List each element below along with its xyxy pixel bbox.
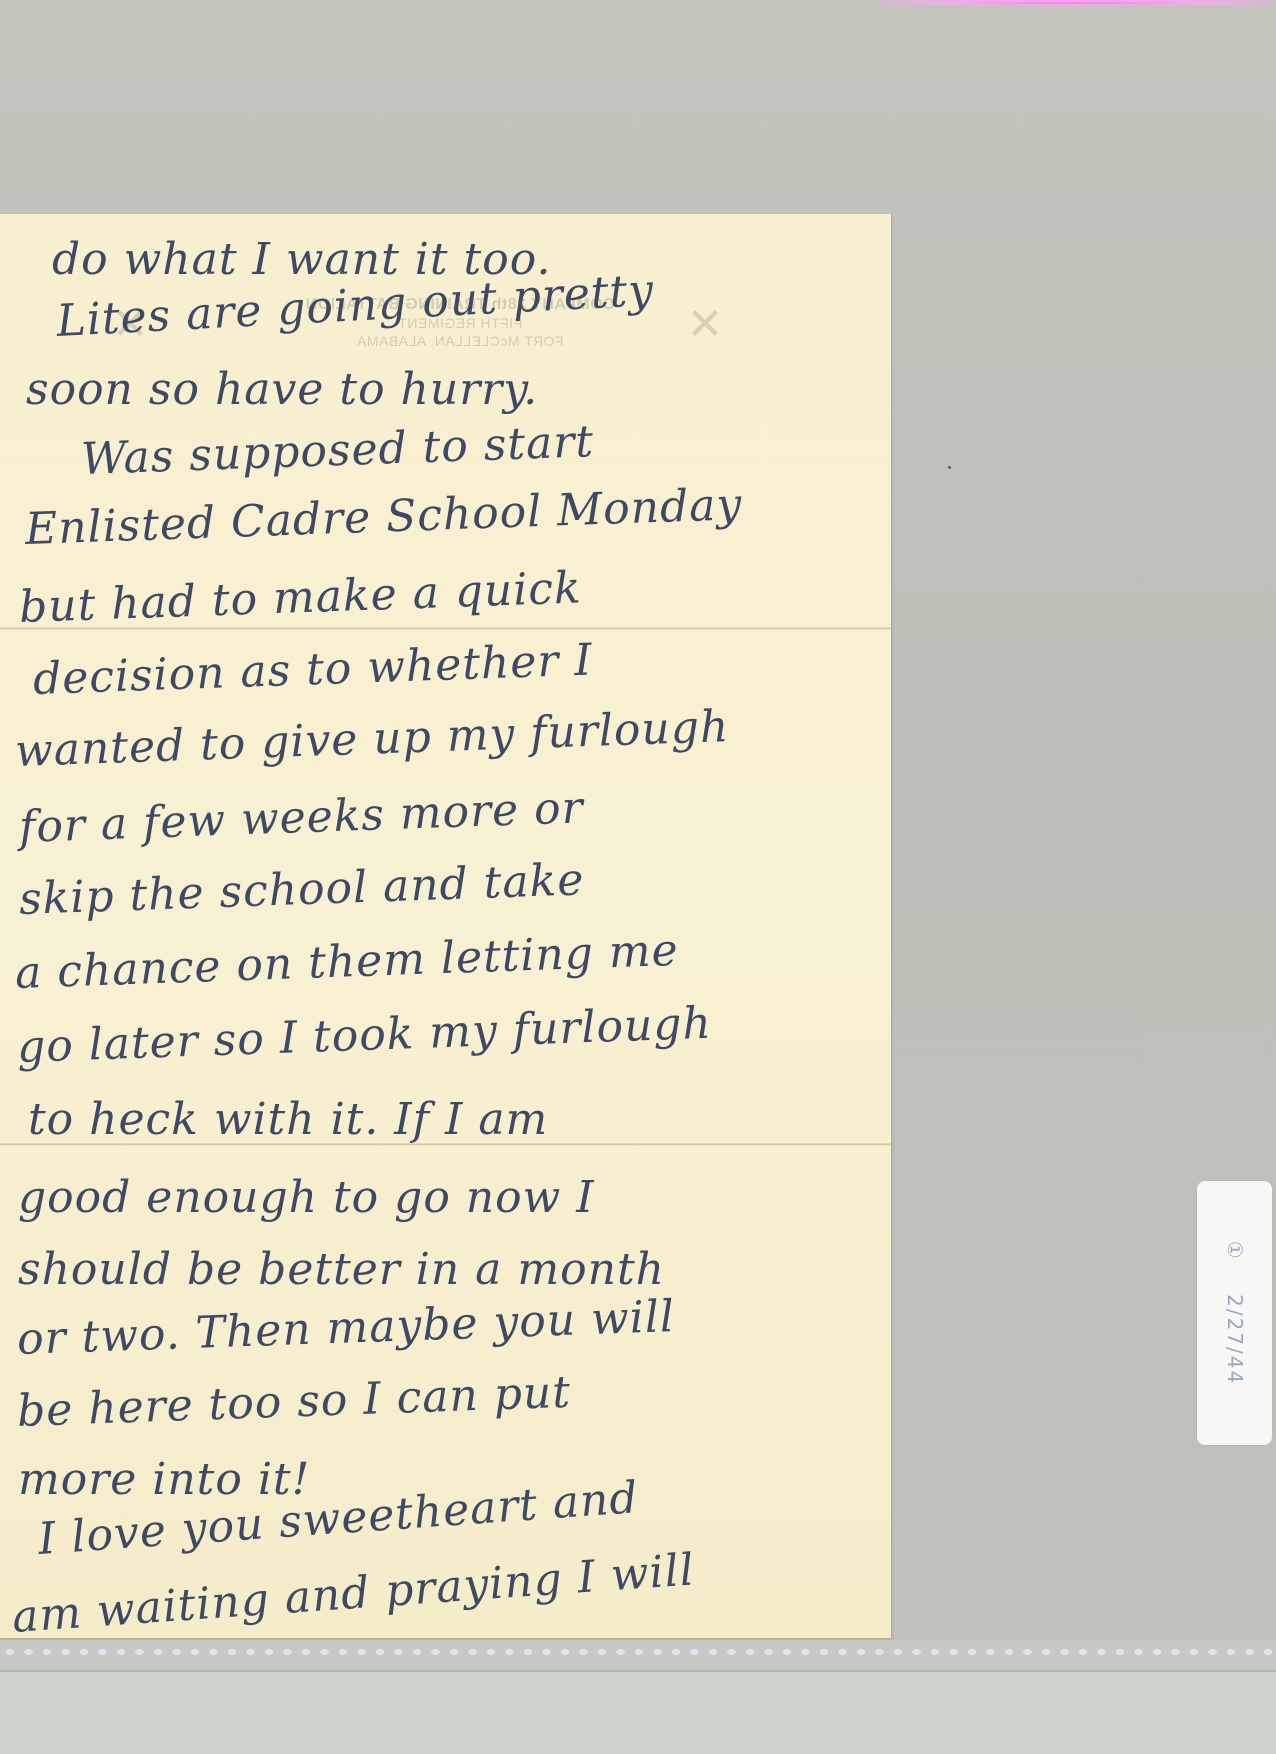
text-line: go later so I took my furlough <box>16 998 712 1073</box>
archive-label-text: ① 2/27/44 <box>1223 1241 1247 1385</box>
text-line: Enlisted Cadre School Monday <box>24 479 743 555</box>
text-line: a chance on them letting me <box>14 925 679 999</box>
text-line: Was supposed to start <box>80 416 595 485</box>
label-date: 2/27/44 <box>1223 1294 1247 1385</box>
text-line: wanted to give up my furlough <box>14 701 730 777</box>
text-line: for a few weeks more or <box>18 782 584 853</box>
label-number: ① <box>1223 1241 1247 1261</box>
sleeve-lower-area <box>0 1672 1276 1754</box>
text-line: or two. Then maybe you will <box>16 1291 676 1365</box>
text-line: should be better in a month <box>18 1244 665 1295</box>
text-line: soon so have to hurry. <box>26 364 538 415</box>
letter-page: ✕ COMPANY 28th TRAINING BATTALION FIFTH … <box>0 214 891 1638</box>
text-line: to heck with it. If I am <box>28 1094 548 1145</box>
handwritten-text: do what I want it too. Lites are going o… <box>0 214 891 1638</box>
text-line: good enough to go now I <box>18 1172 595 1223</box>
scanner-glare <box>880 0 1270 6</box>
text-line: be here too so I can put <box>16 1367 572 1437</box>
text-line: decision as to whether I <box>32 634 593 705</box>
sleeve-perforation <box>0 1645 1276 1659</box>
text-line: skip the school and take <box>18 854 585 925</box>
text-line: but had to make a quick <box>18 562 582 633</box>
archive-label: ① 2/27/44 <box>1197 1181 1272 1445</box>
dust-speck <box>948 466 951 469</box>
